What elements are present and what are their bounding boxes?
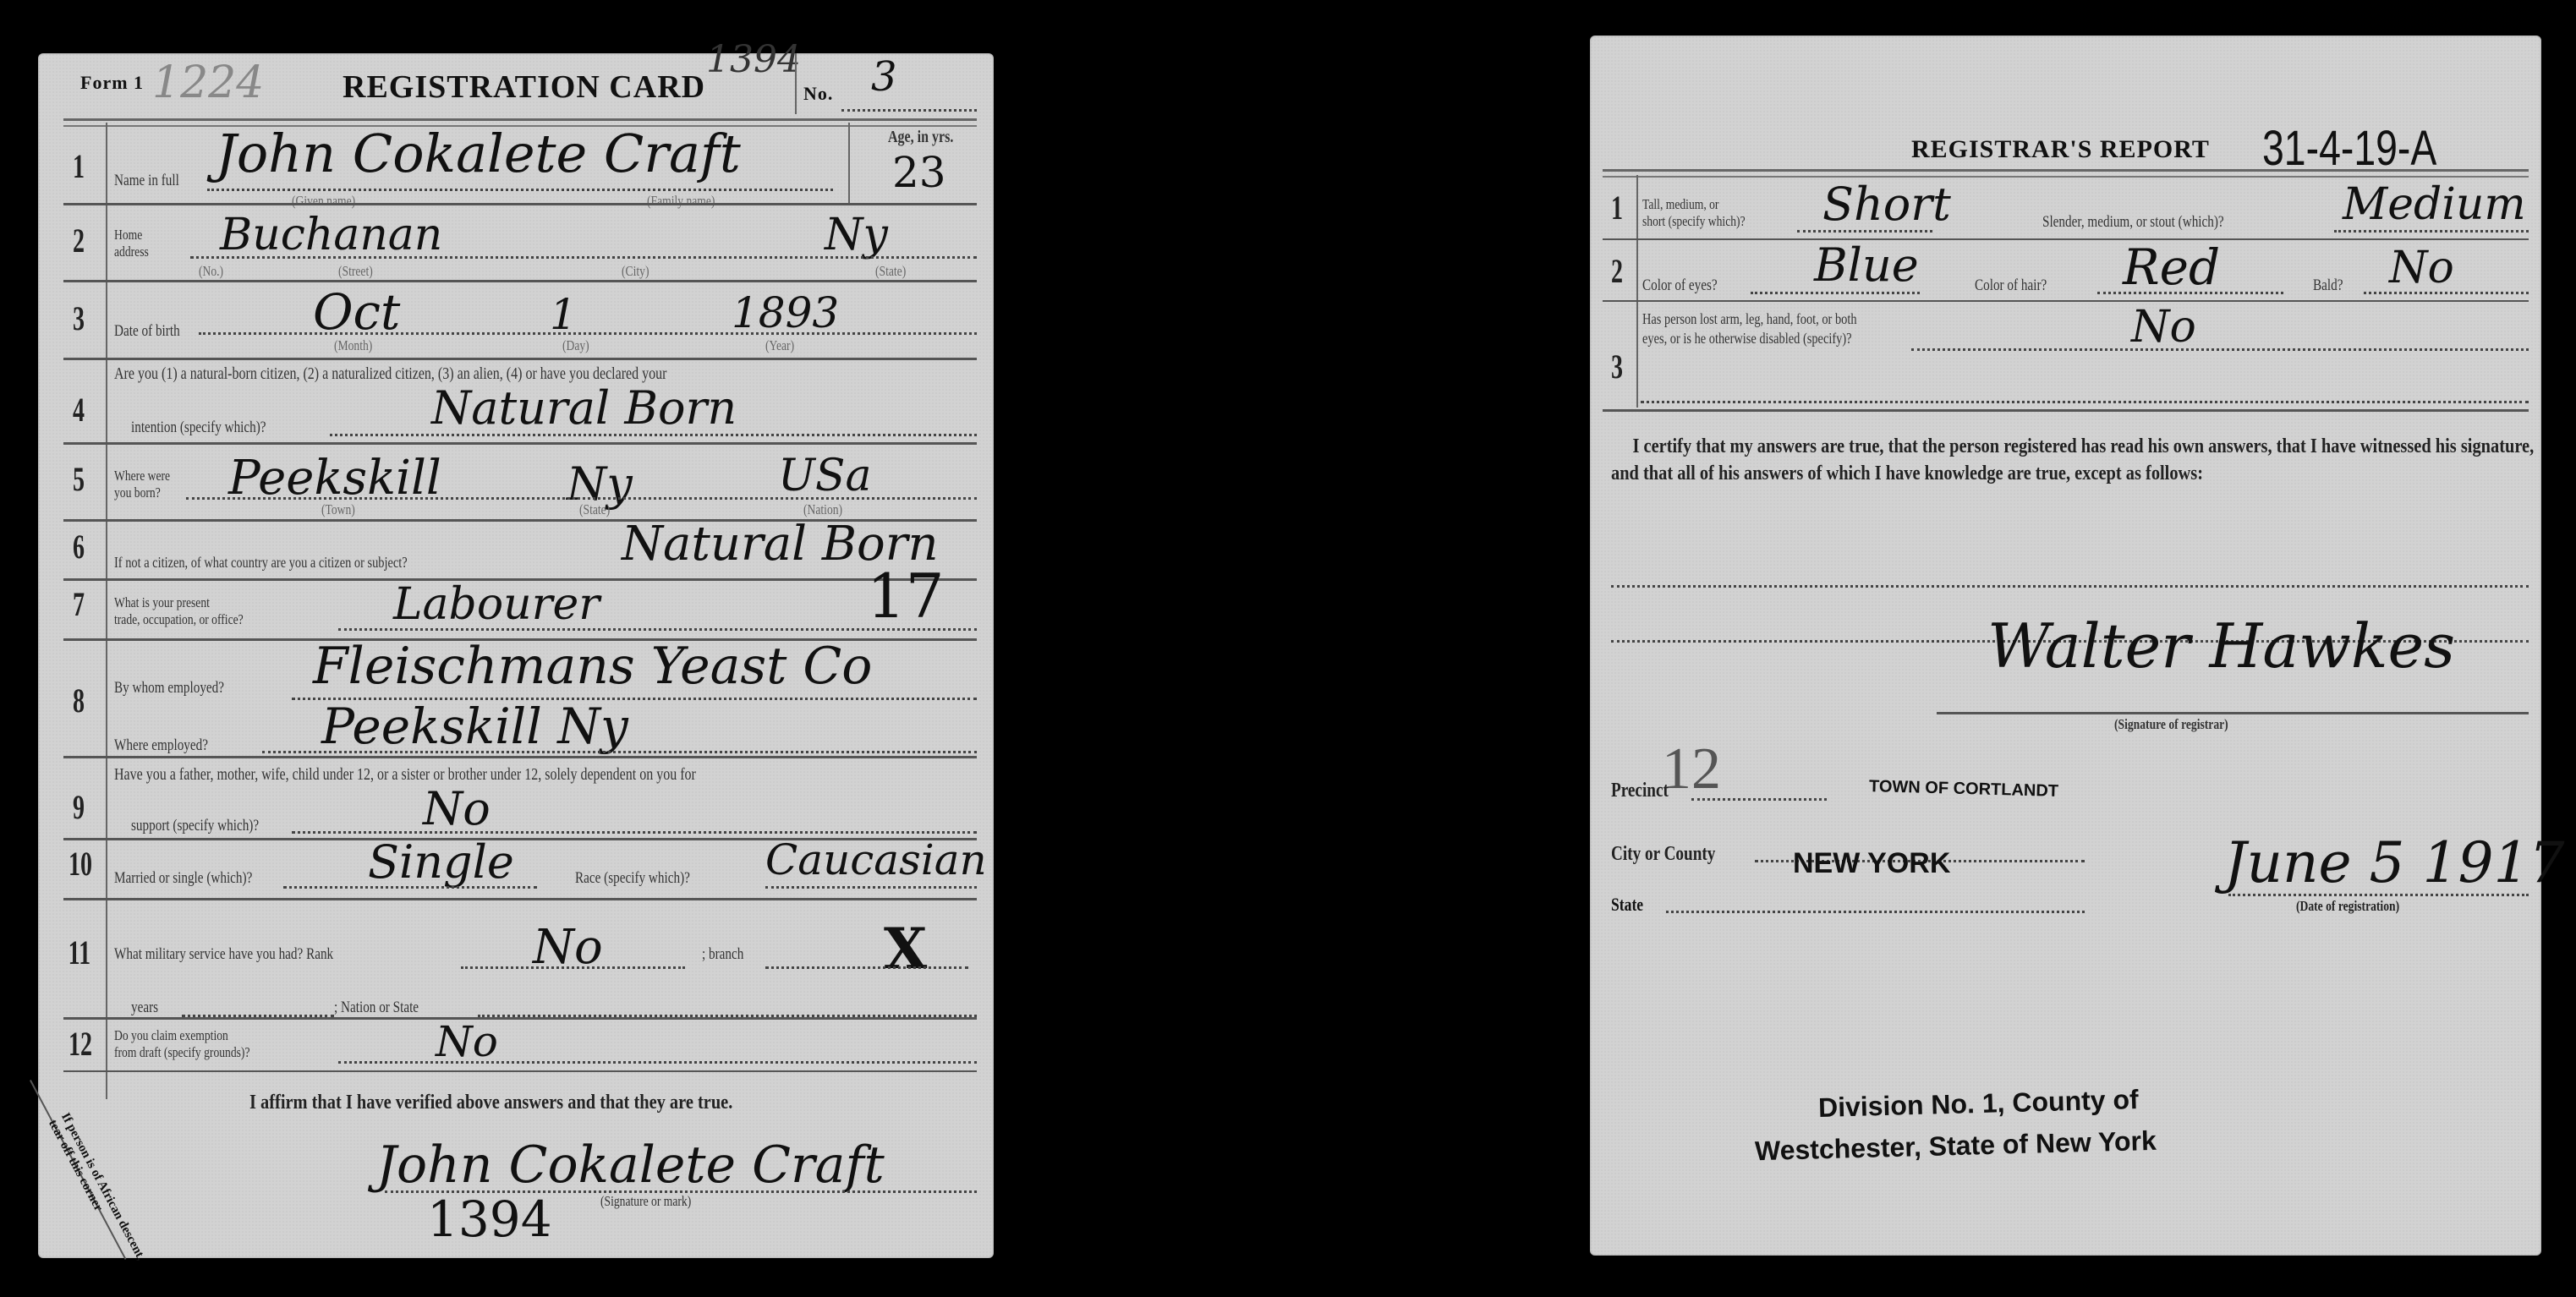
height-value: Short bbox=[1822, 178, 1951, 231]
row-number: 3 bbox=[1611, 347, 1623, 386]
registration-date-caption: (Date of registration) bbox=[2296, 898, 2399, 915]
row-divider bbox=[63, 280, 977, 282]
row-divider bbox=[63, 1070, 977, 1072]
citizen-country-label: If not a citizen, of what country are yo… bbox=[114, 554, 408, 572]
report-code: 31-4-19-A bbox=[2262, 120, 2436, 177]
age-value: 23 bbox=[892, 148, 946, 197]
town-caption: (Town) bbox=[321, 501, 355, 518]
precinct-line bbox=[1691, 798, 1827, 801]
row-number: 1 bbox=[73, 146, 85, 186]
registrar-report-card: REGISTRAR'S REPORT 31-4-19-A 1 Tall, med… bbox=[1590, 36, 2541, 1256]
number-column-divider bbox=[106, 123, 107, 1099]
build-line bbox=[2334, 230, 2529, 233]
age-divider bbox=[848, 123, 850, 203]
race-label: Race (specify which)? bbox=[575, 869, 690, 888]
marital-line bbox=[283, 886, 537, 889]
height-line bbox=[1797, 230, 1932, 233]
row-divider bbox=[63, 442, 977, 445]
row-divider bbox=[63, 756, 977, 758]
city-caption: (City) bbox=[622, 263, 649, 280]
hair-line bbox=[2097, 292, 2283, 294]
registrant-signature: John Cokalete Craft bbox=[376, 1136, 885, 1195]
registrar-signature-caption: (Signature of registrar) bbox=[2114, 716, 2228, 733]
margin-note: 17 bbox=[867, 561, 945, 632]
city-county-value: NEW YORK bbox=[1793, 847, 1950, 880]
birthplace-line bbox=[186, 497, 977, 500]
day-caption: (Day) bbox=[562, 337, 589, 354]
row-divider bbox=[63, 1017, 977, 1020]
bald-label: Bald? bbox=[2313, 276, 2343, 295]
row-number: 2 bbox=[1611, 251, 1623, 291]
occupation-value: Labourer bbox=[393, 579, 600, 630]
birth-nation-value: USa bbox=[778, 451, 871, 501]
home-city-value: Buchanan bbox=[220, 210, 442, 260]
registrar-signature-line bbox=[1937, 712, 2529, 714]
branch-value: X bbox=[884, 916, 927, 982]
row-divider bbox=[63, 358, 977, 360]
row-divider bbox=[63, 898, 977, 900]
race-value: Caucasian bbox=[765, 835, 987, 884]
state-label: State bbox=[1611, 894, 1643, 916]
citizenship-value: Natural Born bbox=[431, 381, 737, 435]
home-state-value: Ny bbox=[825, 210, 888, 260]
precinct-value: 12 bbox=[1662, 736, 1721, 803]
form-label: Form 1 bbox=[80, 72, 144, 94]
row-number: 11 bbox=[69, 933, 90, 972]
hair-color-label: Color of hair? bbox=[1975, 276, 2047, 295]
exemption-line bbox=[338, 1061, 977, 1064]
rank-line bbox=[461, 966, 685, 969]
signature-number: 1394 bbox=[427, 1190, 552, 1248]
row-divider bbox=[1603, 238, 2529, 240]
occupation-label-1: What is your present bbox=[114, 594, 210, 611]
division-stamp-line-1: Division No. 1, County of bbox=[1818, 1084, 2140, 1124]
intention-label: intention (specify which)? bbox=[131, 419, 266, 437]
row-number: 7 bbox=[73, 584, 85, 624]
marital-value: Single bbox=[368, 835, 514, 889]
report-header-rule bbox=[1603, 169, 2529, 178]
state-caption: (State) bbox=[875, 263, 906, 280]
employer-value: Fleischmans Yeast Co bbox=[313, 637, 872, 696]
row-number: 3 bbox=[73, 298, 85, 338]
row-number: 4 bbox=[73, 390, 85, 430]
year-caption: (Year) bbox=[765, 337, 794, 354]
eye-line bbox=[1751, 292, 1920, 294]
row-number: 6 bbox=[73, 527, 85, 566]
report-number-divider bbox=[1636, 175, 1638, 408]
registration-date-value: June 5 1917 bbox=[2224, 830, 2564, 895]
birthplace-label-2: you born? bbox=[114, 484, 161, 501]
occupation-label-2: trade, occupation, or office? bbox=[114, 611, 244, 628]
dob-line bbox=[199, 332, 977, 335]
eye-color-value: Blue bbox=[1814, 238, 1919, 292]
employer-label: By whom employed? bbox=[114, 679, 224, 698]
disability-line-2 bbox=[1641, 401, 2529, 403]
no-dotted-line bbox=[841, 109, 977, 112]
row-number: 2 bbox=[73, 221, 85, 260]
serial-handwritten-left: 1224 bbox=[152, 57, 264, 108]
branch-line bbox=[765, 966, 968, 969]
hair-color-value: Red bbox=[2123, 238, 2220, 296]
eye-color-label: Color of eyes? bbox=[1642, 276, 1718, 295]
exemption-value: No bbox=[436, 1017, 498, 1066]
no-caption: (No.) bbox=[199, 263, 223, 280]
tear-corner-note: If person is of African descent, tear of… bbox=[45, 1111, 150, 1274]
row-number: 12 bbox=[69, 1024, 92, 1064]
work-location-line bbox=[262, 751, 977, 753]
exemption-label-1: Do you claim exemption bbox=[114, 1027, 228, 1044]
birthplace-label-1: Where were bbox=[114, 468, 170, 484]
dependents-value: No bbox=[423, 782, 491, 835]
dependents-line bbox=[292, 831, 977, 834]
age-label: Age, in yrs. bbox=[888, 128, 953, 147]
name-label: Name in full bbox=[114, 172, 179, 190]
city-county-label: City or County bbox=[1611, 843, 1715, 866]
given-name-caption: (Given name) bbox=[292, 193, 355, 210]
height-label-2: short (specify which)? bbox=[1642, 213, 1746, 230]
serial-handwritten-top: 1394 bbox=[706, 38, 801, 81]
bald-value: No bbox=[2389, 243, 2454, 293]
state-caption-5: (State) bbox=[579, 501, 610, 518]
intention-line bbox=[330, 434, 977, 436]
certification-text: I certify that my answers are true, that… bbox=[1611, 433, 2539, 487]
row-number: 8 bbox=[73, 681, 85, 720]
header-divider bbox=[795, 53, 797, 114]
no-label: No. bbox=[803, 83, 833, 105]
disability-value: No bbox=[2131, 302, 2196, 353]
bald-line bbox=[2364, 292, 2529, 294]
no-value: 3 bbox=[871, 53, 897, 101]
row-number: 9 bbox=[73, 787, 85, 827]
family-name-caption: (Family name) bbox=[647, 193, 715, 210]
row-number: 5 bbox=[73, 459, 85, 499]
state-line bbox=[1666, 911, 2085, 913]
dependents-question: Have you a father, mother, wife, child u… bbox=[114, 765, 696, 785]
build-label: Slender, medium, or stout (which)? bbox=[2042, 213, 2224, 232]
card-title: REGISTRATION CARD bbox=[343, 68, 705, 106]
row-number: 1 bbox=[1611, 188, 1623, 227]
build-value: Medium bbox=[2343, 179, 2526, 230]
dependents-label: support (specify which)? bbox=[131, 817, 259, 835]
row-divider bbox=[1603, 300, 2529, 302]
exceptions-line-1 bbox=[1611, 585, 2529, 588]
row-divider bbox=[63, 203, 977, 205]
birth-year-value: 1893 bbox=[732, 288, 839, 337]
report-title: REGISTRAR'S REPORT bbox=[1911, 135, 2210, 164]
military-label: What military service have you had? Rank bbox=[114, 945, 333, 964]
height-label-1: Tall, medium, or bbox=[1642, 196, 1718, 213]
work-location-label: Where employed? bbox=[114, 736, 208, 755]
work-location-value: Peekskill Ny bbox=[321, 698, 628, 755]
street-caption: (Street) bbox=[338, 263, 373, 280]
marital-label: Married or single (which)? bbox=[114, 869, 252, 888]
disability-label-1: Has person lost arm, leg, hand, foot, or… bbox=[1642, 310, 1857, 328]
row-divider bbox=[1603, 409, 2529, 412]
address-label: address bbox=[114, 244, 149, 260]
home-label: Home bbox=[114, 227, 142, 244]
precinct-label: Precinct bbox=[1611, 780, 1669, 802]
exemption-label-2: from draft (specify grounds)? bbox=[114, 1044, 250, 1061]
registration-date-line bbox=[2228, 894, 2529, 896]
full-name-value: John Cokalete Craft bbox=[216, 123, 741, 184]
years-label: years bbox=[131, 999, 158, 1017]
disability-label-2: eyes, or is he otherwise disabled (speci… bbox=[1642, 330, 1852, 348]
race-line bbox=[765, 886, 977, 889]
division-stamp-line-2: Westchester, State of New York bbox=[1755, 1125, 2157, 1167]
month-caption: (Month) bbox=[334, 337, 372, 354]
town-stamp: TOWN OF CORTLANDT bbox=[1869, 777, 2059, 802]
occupation-line bbox=[338, 628, 977, 631]
registration-card: Form 1 1224 REGISTRATION CARD 1394 No. 3… bbox=[38, 53, 994, 1258]
name-line bbox=[207, 189, 833, 191]
row-number: 10 bbox=[69, 844, 92, 884]
disability-line bbox=[1911, 348, 2529, 351]
branch-label: ; branch bbox=[702, 945, 743, 964]
nation-caption: (Nation) bbox=[803, 501, 842, 518]
nation-or-state-label: ; Nation or State bbox=[334, 999, 419, 1017]
affirmation-text: I affirm that I have verified above answ… bbox=[249, 1092, 732, 1114]
signature-caption: (Signature or mark) bbox=[600, 1193, 691, 1210]
dob-label: Date of birth bbox=[114, 322, 180, 341]
address-line bbox=[190, 256, 977, 259]
registrar-signature: Walter Hawkes bbox=[1987, 610, 2455, 681]
